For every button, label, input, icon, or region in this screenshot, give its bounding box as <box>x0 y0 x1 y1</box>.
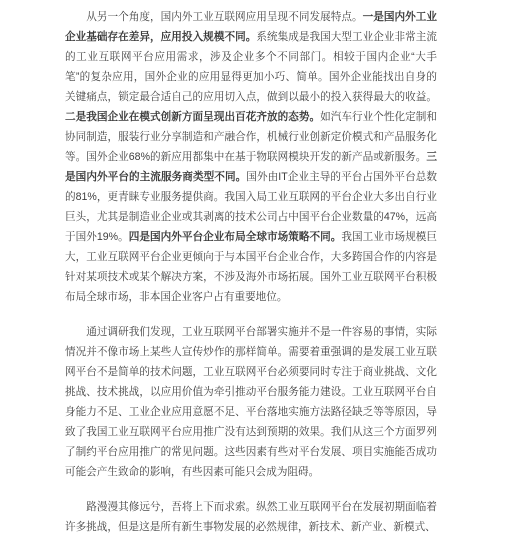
text-run: 通过调研我们发现，工业互联网平台部署实施并不是一件容易的事情，实际情况并不像市场… <box>65 326 437 478</box>
text-run: 路漫漫其修远兮，吾将上下而求索。纵然工业互联网平台在发展初期面临着许多挑战，但是… <box>65 501 437 533</box>
paragraph-development-differences: 从另一个角度，国内外工业互联网应用呈现不同发展特点。一是国内外工业企业基础存在差… <box>65 7 437 307</box>
text-run: 从另一个角度，国内外工业互联网应用呈现不同发展特点。 <box>86 11 362 23</box>
document-page: 从另一个角度，国内外工业互联网应用呈现不同发展特点。一是国内外工业企业基础存在差… <box>65 7 437 537</box>
point-4-heading: 四是国内外平台企业布局全球市场策略不同。 <box>129 231 342 243</box>
paragraph-deployment-challenges: 通过调研我们发现，工业互联网平台部署实施并不是一件容易的事情，实际情况并不像市场… <box>65 322 437 482</box>
paragraph-outlook: 路漫漫其修远兮，吾将上下而求索。纵然工业互联网平台在发展初期面临着许多挑战，但是… <box>65 497 437 537</box>
point-2-heading: 二是我国企业在模式创新方面呈现出百花齐放的态势。 <box>65 111 320 123</box>
